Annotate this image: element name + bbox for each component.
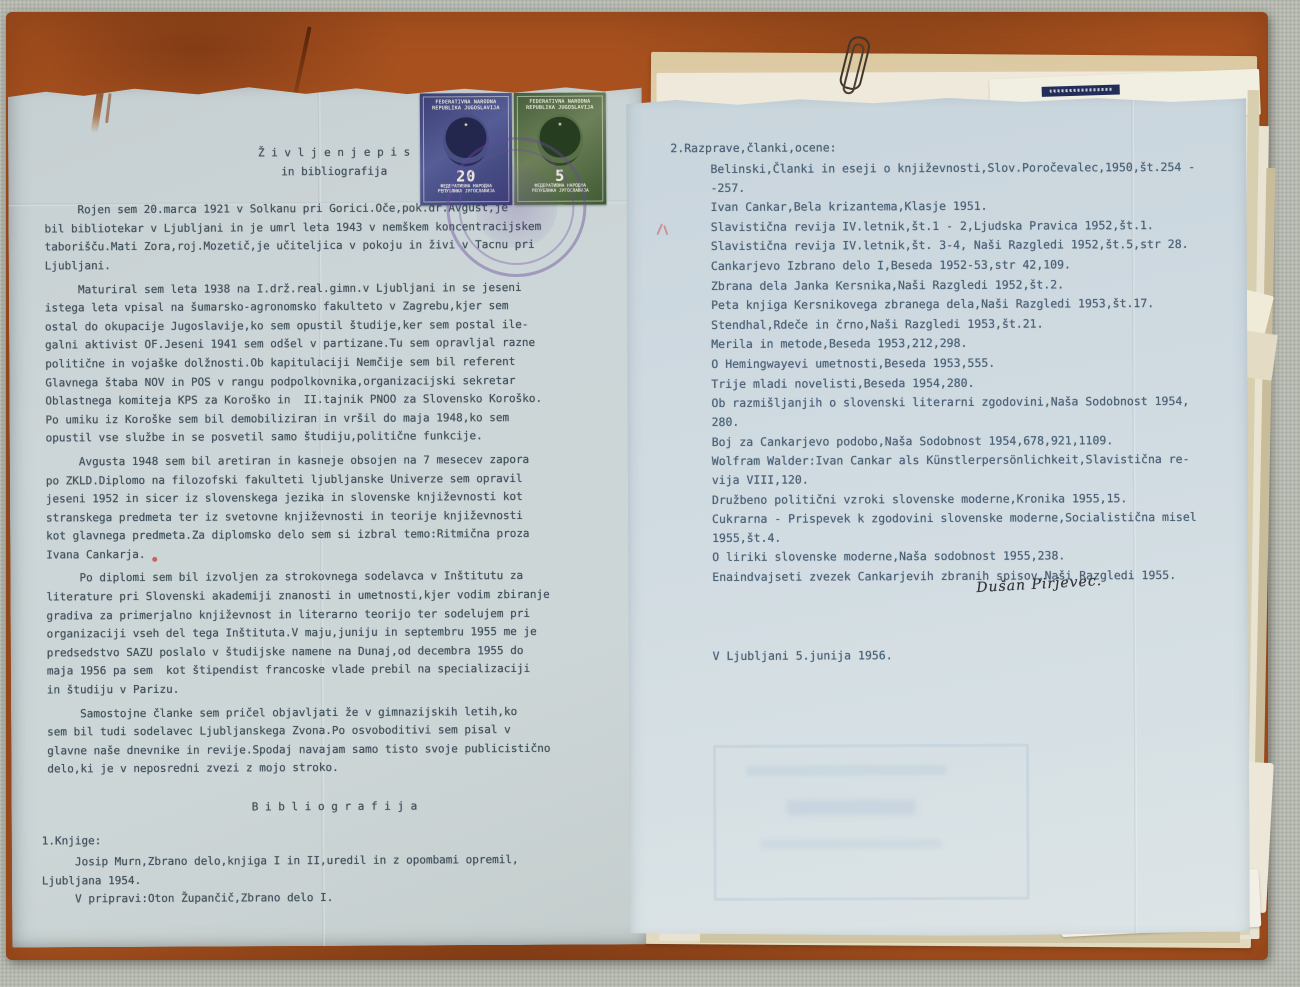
bibliography-entry: Wolfram Walder:Ivan Cankar als Künstlerp…	[712, 450, 1234, 490]
typewritten-page-right: 2.Razprave,članki,ocene: Belinski,Članki…	[626, 97, 1250, 938]
bibliography-section-label: 1.Knjige:	[42, 829, 628, 851]
stamp-show-through	[713, 744, 1030, 901]
bibliography-entry: Peta knjiga Kersnikovega zbranega dela,N…	[711, 294, 1233, 315]
star-icon: ★	[464, 115, 468, 134]
bibliography-entry: Stendhal,Rdeče in črno,Naši Razgledi 195…	[711, 313, 1233, 334]
rust-stain	[91, 89, 105, 134]
stamp-country-text: FEDERATIVNA NARODNA REPUBLIKA JUGOSLAVIJ…	[526, 99, 593, 111]
bibliography-entry: Družbeno politični vzroki slovenske mode…	[712, 488, 1234, 509]
bibliography-entry: O Hemingwayevi umetnosti,Beseda 1953,555…	[711, 353, 1233, 374]
red-pencil-dot	[152, 557, 157, 562]
letterhead-strip	[1042, 85, 1120, 97]
bibliography-entry: Enaindvajseti zvezek Cankarjevih zbranih…	[712, 566, 1234, 587]
bibliography-entry: Boj za Cankarjevo podobo,Naša Sodobnost …	[712, 430, 1234, 451]
folder-tear	[292, 26, 311, 99]
star-icon: ★	[558, 115, 562, 134]
typewritten-page-left: Ž i v l j e n j e p i s in bibliografija…	[8, 84, 646, 947]
bibliography-entry: Ob razmišljanjih o slovenski literarni z…	[711, 392, 1233, 432]
bibliography-entry: Merila in metode,Beseda 1953,212,298.	[711, 333, 1233, 354]
bibliography-entry: Cankarjevo Izbrano delo I,Beseda 1952-53…	[711, 255, 1233, 276]
red-pencil-mark	[657, 221, 671, 239]
bibliography-entry: Cukrarna - Prispevek k zgodovini slovens…	[712, 508, 1234, 548]
bibliography-entry: Belinski,Članki in eseji o književnosti,…	[710, 158, 1232, 198]
bibliography-entry: Trije mladi novelisti,Beseda 1954,280.	[711, 372, 1233, 393]
date-line: V Ljubljani 5.junija 1956.	[713, 646, 893, 666]
bibliography-entry: Slavistična revija IV.letnik,št.1 - 2,Lj…	[711, 215, 1233, 236]
paragraph: Avgusta 1948 sem bil aretiran in kasneje…	[46, 450, 627, 565]
bibliography-entry: Zbrana dela Janka Kersnika,Naši Razgledi…	[711, 274, 1233, 295]
bibliography-entry: O liriki slovenske moderne,Naša sodobnos…	[712, 546, 1234, 567]
postmark-circle	[446, 137, 587, 278]
bibliography-entry: V pripravi:Oton Župančič,Zbrano delo I.	[42, 888, 628, 910]
rust-stain	[105, 93, 111, 123]
paragraph: Maturiral sem leta 1938 na I.drž.real.gi…	[45, 278, 626, 448]
paragraph: Po diplomi sem bil izvoljen za strokovne…	[46, 567, 627, 700]
bibliography-entry: Ivan Cankar,Bela krizantema,Klasje 1951.	[711, 196, 1233, 217]
stamp-country-text: FEDERATIVNA NARODNA REPUBLIKA JUGOSLAVIJ…	[432, 99, 499, 111]
bibliography-heading: B i b l i o g r a f i j a	[41, 796, 627, 818]
paragraph: Samostojne članke sem pričel objavljati …	[47, 702, 627, 779]
document-scan: Ž i v l j e n j e p i s in bibliografija…	[0, 0, 1300, 987]
bibliography-entry: Josip Murn,Zbrano delo,knjiga I in II,ur…	[42, 851, 628, 891]
section-heading: 2.Razprave,članki,ocene:	[670, 137, 1232, 158]
bibliography-entry: Slavistična revija IV.letnik,št. 3-4, Na…	[711, 235, 1233, 256]
